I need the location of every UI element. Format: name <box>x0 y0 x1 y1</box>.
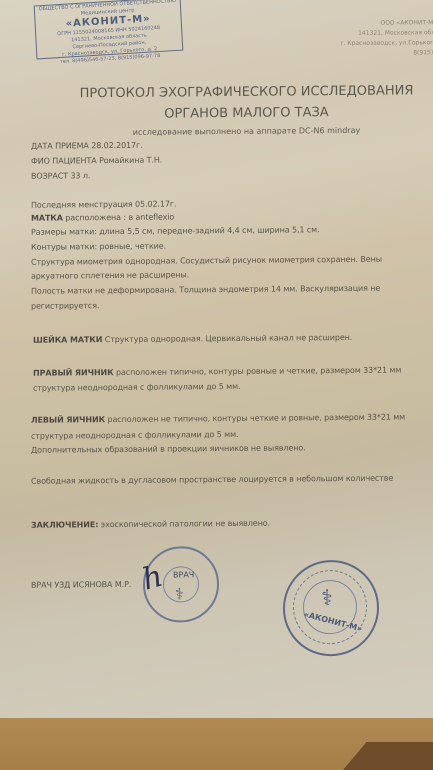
cervix-row: ШЕЙКА МАТКИ Структура однородная. Цервик… <box>33 333 352 345</box>
uterus-heading: МАТКА <box>31 213 63 222</box>
clinic-rectangular-stamp: ОБЩЕСТВО С ОГРАНИЧЕННОЙ ОТВЕТСТВЕННОСТЬЮ… <box>34 0 184 59</box>
left-ovary-text: расположен не типично, контуры четкие и … <box>107 412 405 424</box>
document-title-line2: ОРГАНОВ МАЛОГО ТАЗА <box>0 104 433 123</box>
left-ovary-line1: ЛЕВЫЙ ЯИЧНИК расположен не типично, конт… <box>31 412 405 424</box>
free-fluid: Свободная жидкость в дугласовом простран… <box>31 474 393 486</box>
cavity-line2: регистрируется. <box>31 301 99 311</box>
myometrium-line2: аркуатного сплетения не расширены. <box>31 270 189 280</box>
document-sheet: ОБЩЕСТВО С ОГРАНИЧЕННОЙ ОТВЕТСТВЕННОСТЬЮ… <box>0 0 433 722</box>
address-line: 8(915)0 <box>340 48 433 59</box>
date-label: ДАТА ПРИЕМА <box>31 141 89 151</box>
doctor-line: ВРАЧ УЗД ИСЯНОВА М.Р. <box>31 580 131 590</box>
left-ovary-line2: структура неоднородная с фолликулами до … <box>31 430 239 441</box>
doctor-stamp-center-label: ВРАЧ <box>173 570 194 579</box>
right-ovary-line2: структура неоднородная с фолликулами до … <box>33 382 241 393</box>
age-label: ВОЗРАСТ <box>31 171 68 180</box>
right-ovary-line1: ПРАВЫЙ ЯИЧНИК расположен типично, контур… <box>33 365 401 377</box>
right-ovary-heading: ПРАВЫЙ ЯИЧНИК <box>33 368 114 378</box>
document-title-line1: ПРОТОКОЛ ЭХОГРАФИЧЕСКОГО ИССЛЕДОВАНИЯ <box>0 83 433 102</box>
clinic-round-stamp: ⚕ «АКОНИТ-М» <box>283 560 379 657</box>
myometrium-line1: Структура миометрия однородная. Сосудист… <box>31 255 382 267</box>
conclusion-row: ЗАКЛЮЧЕНИЕ: эхоскопической патологии не … <box>31 519 270 530</box>
date-row: ДАТА ПРИЕМА 28.02.2017г. <box>31 141 143 151</box>
uterus-position-row: МАТКА расположена : в anteflexio <box>31 212 174 222</box>
patient-name-label: ФИО ПАЦИЕНТА <box>31 156 97 166</box>
cervix-text: Структура однородная. Цервикальный канал… <box>105 333 352 344</box>
right-ovary-text: расположен типично, контуры ровные и чет… <box>116 365 401 376</box>
date-value: 28.02.2017г. <box>91 141 142 150</box>
caduceus-icon: ⚕ <box>175 584 184 603</box>
conclusion-text: эхоскопической патологии не выявлено. <box>101 519 270 529</box>
left-ovary-line3: Дополнительных образований в проекции яи… <box>31 443 306 454</box>
last-menstruation: Последняя менструация 05.02.17г. <box>31 199 176 209</box>
uterus-sizes: Размеры матки: длина 5,5 см, передне-зад… <box>31 225 320 237</box>
uterus-position: расположена : в anteflexio <box>65 212 174 222</box>
age-row: ВОЗРАСТ 33 л. <box>31 171 90 181</box>
conclusion-label: ЗАКЛЮЧЕНИЕ: <box>31 520 98 530</box>
age-value: 33 л. <box>70 171 90 180</box>
patient-name-row: ФИО ПАЦИЕНТА Ромайкина Т.Н. <box>31 156 162 166</box>
caduceus-icon: ⚕ <box>321 586 333 611</box>
patient-name-value: Ромайкина Т.Н. <box>99 156 162 166</box>
equipment-subtitle: исследование выполнено на аппарате DC-N6… <box>0 125 433 138</box>
cavity-line1: Полость матки не деформирована. Толщина … <box>31 284 380 296</box>
uterus-contours: Контуры матки: ровные, четкие. <box>31 242 166 252</box>
left-ovary-heading: ЛЕВЫЙ ЯИЧНИК <box>31 415 105 425</box>
cervix-heading: ШЕЙКА МАТКИ <box>33 335 102 345</box>
clinic-address-block: ООО «АКОНИТ-М» 141321, Московская обл. г… <box>340 18 433 59</box>
